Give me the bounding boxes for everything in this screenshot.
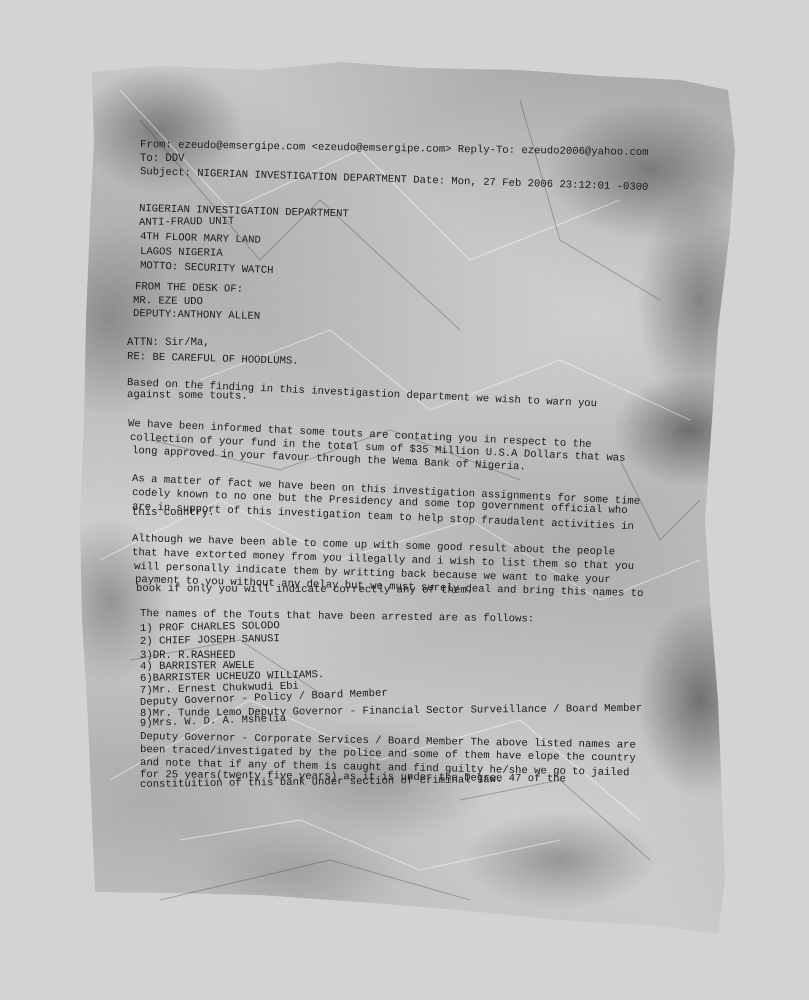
from-desk-line: MR. EZE UDO (133, 295, 203, 309)
header-subject: Subject: NIGERIAN INVESTIGATION DEPARTME… (140, 166, 649, 195)
header-to: To: DDV (140, 153, 185, 166)
letterhead-line: LAGOS NIGERIA (140, 246, 223, 261)
letterhead-line: 4TH FLOOR MARY LAND (140, 231, 261, 248)
paragraph-line: book if only you will indicate correctly… (136, 583, 473, 598)
attn-line: ATTN: Sir/Ma, (127, 337, 210, 350)
letterhead-line: MOTTO: SECURITY WATCH (140, 260, 274, 278)
letterhead-line: ANTI-FRAUD UNIT (139, 216, 235, 230)
from-desk-line: DEPUTY:ANTHONY ALLEN (133, 308, 260, 324)
paragraph-line: against some touts. (127, 389, 248, 404)
list-item: 2) CHIEF JOSEPH SANUSI (140, 633, 280, 649)
paragraph-line: this country. (132, 507, 215, 520)
letter-text: From: ezeudo@emsergipe.com <ezeudo@emser… (0, 0, 809, 1000)
header-from: From: ezeudo@emsergipe.com <ezeudo@emser… (140, 139, 649, 160)
re-line: RE: BE CAREFUL OF HOODLUMS. (127, 351, 299, 369)
